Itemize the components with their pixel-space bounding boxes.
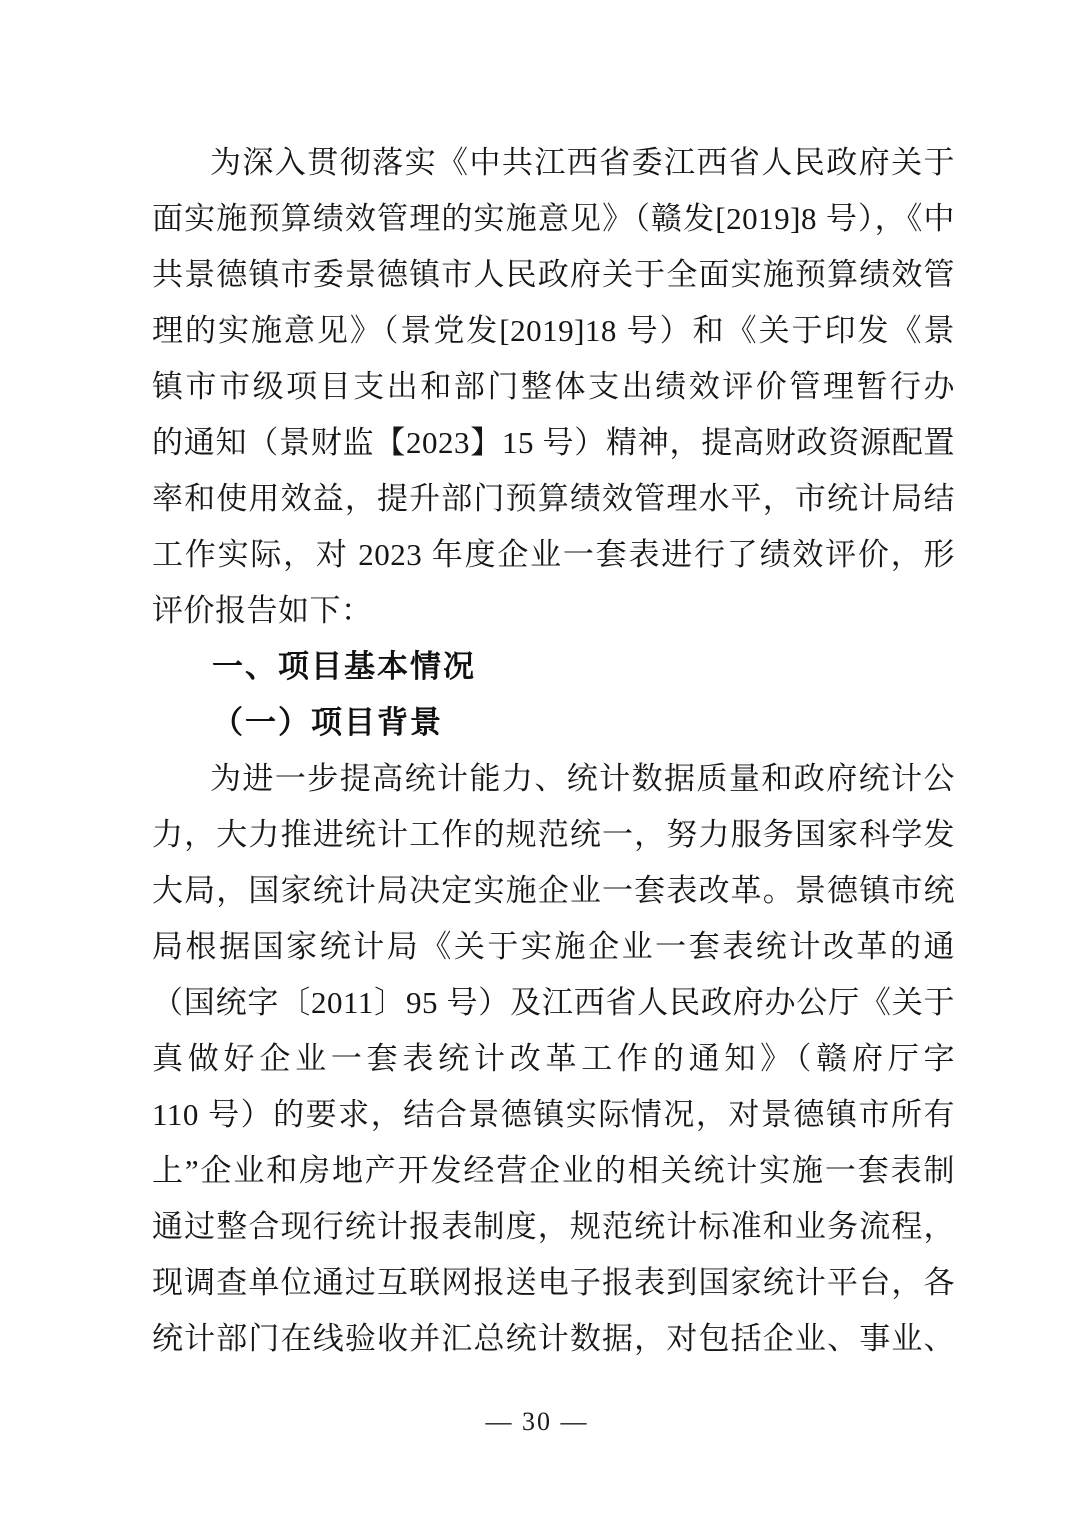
text-line: 现调查单位通过互联网报送电子报表到国家统计平台，各级 [152,1255,955,1311]
text-line: 共景德镇市委景德镇市人民政府关于全面实施预算绩效管 [152,247,955,303]
text-line: 局根据国家统计局《关于实施企业一套表统计改革的通知》 [152,919,955,975]
page-number: — 30 — [0,1404,1074,1440]
text-line: （国统字〔2011〕95 号）及江西省人民政府办公厅《关于认 [152,975,955,1031]
text-line: 评价报告如下： [152,583,955,639]
text-line: 为深入贯彻落实《中共江西省委江西省人民政府关于全 [152,135,955,191]
document-page: 为深入贯彻落实《中共江西省委江西省人民政府关于全面实施预算绩效管理的实施意见》（… [0,0,1074,1520]
text-line: 真做好企业一套表统计改革工作的通知》（赣府厅字〔2011〕 [152,1031,955,1087]
text-line: 110 号）的要求，结合景德镇实际情况，对景德镇市所有“四 [152,1087,955,1143]
text-line: 面实施预算绩效管理的实施意见》（赣发[2019]8 号），《中 [152,191,955,247]
text-line: 率和使用效益，提升部门预算绩效管理水平，市统计局结合 [152,471,955,527]
text-line: 统计部门在线验收并汇总统计数据，对包括企业、事业、行 [152,1311,955,1367]
paragraph-project-background: 为进一步提高统计能力、统计数据质量和政府统计公信力，大力推进统计工作的规范统一，… [152,751,955,1367]
text-line: 力，大力推进统计工作的规范统一，努力服务国家科学发展 [152,807,955,863]
text-line: 大局，国家统计局决定实施企业一套表改革。景德镇市统计 [152,863,955,919]
paragraph-intro: 为深入贯彻落实《中共江西省委江西省人民政府关于全面实施预算绩效管理的实施意见》（… [152,135,955,639]
text-line: 理的实施意见》（景党发[2019]18 号）和《关于印发《景德 [152,303,955,359]
text-line: 的通知（景财监【2023】15 号）精神，提高财政资源配置效 [152,415,955,471]
section-heading-1-sub-1: （一）项目背景 [152,695,955,751]
text-line: 上”企业和房地产开发经营企业的相关统计实施一套表制度， [152,1143,955,1199]
section-heading-1: 一、项目基本情况 [152,639,955,695]
text-line: 通过整合现行统计报表制度，规范统计标准和业务流程，实 [152,1199,955,1255]
text-line: 镇市市级项目支出和部门整体支出绩效评价管理暂行办法》 [152,359,955,415]
text-line: 工作实际，对 2023 年度企业一套表进行了绩效评价，形成 [152,527,955,583]
text-line: 为进一步提高统计能力、统计数据质量和政府统计公信 [152,751,955,807]
document-body: 为深入贯彻落实《中共江西省委江西省人民政府关于全面实施预算绩效管理的实施意见》（… [152,135,955,1367]
